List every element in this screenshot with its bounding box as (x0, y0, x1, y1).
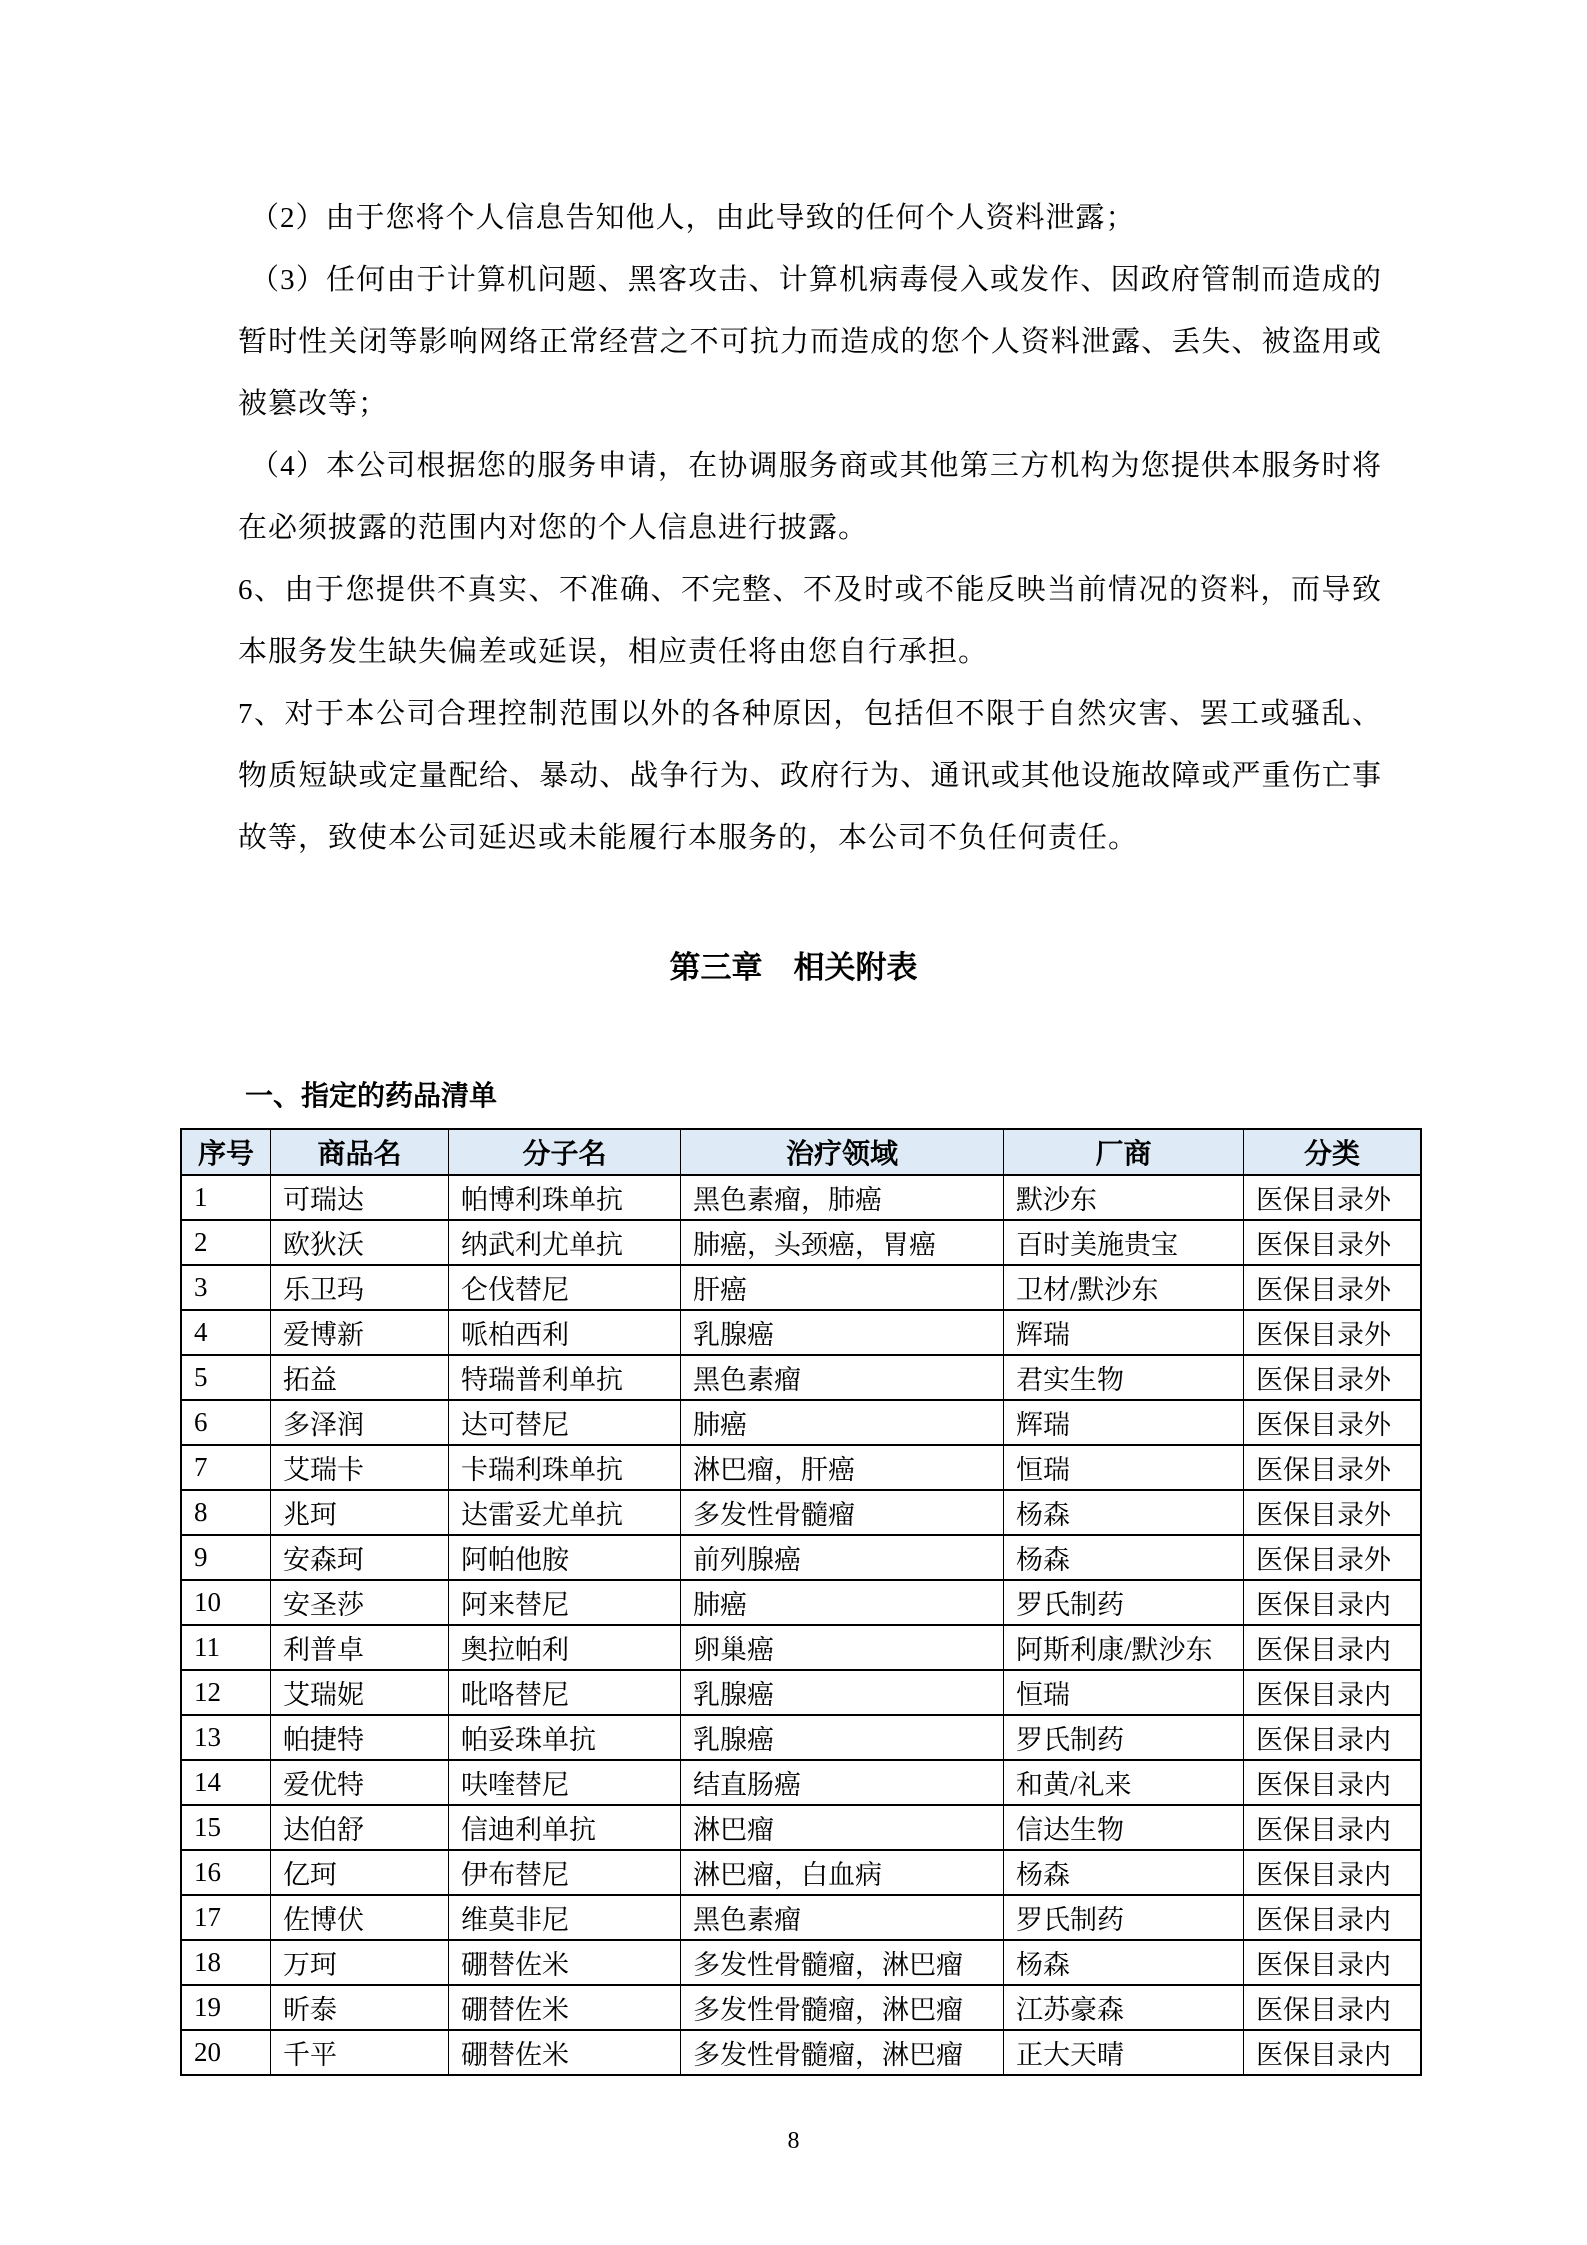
table-row: 15达伯舒信迪利单抗淋巴瘤信达生物医保目录内 (181, 1805, 1421, 1850)
manufacturer: 正大天晴 (1004, 2030, 1244, 2075)
treatment-area: 多发性骨髓瘤 (681, 1490, 1004, 1535)
drug-table-body: 1可瑞达帕博利珠单抗黑色素瘤，肺癌默沙东医保目录外2欧狄沃纳武利尤单抗肺癌，头颈… (181, 1175, 1421, 2075)
category: 医保目录内 (1244, 1805, 1422, 1850)
category: 医保目录外 (1244, 1535, 1422, 1580)
manufacturer: 阿斯利康/默沙东 (1004, 1625, 1244, 1670)
molecule-name: 硼替佐米 (449, 1940, 681, 1985)
product-name: 爱博新 (271, 1310, 449, 1355)
drug-table-head: 序号商品名分子名治疗领域厂商分类 (181, 1129, 1421, 1175)
column-header: 分子名 (449, 1129, 681, 1175)
manufacturer: 杨森 (1004, 1490, 1244, 1535)
category: 医保目录外 (1244, 1400, 1422, 1445)
molecule-name: 达雷妥尤单抗 (449, 1490, 681, 1535)
manufacturer: 辉瑞 (1004, 1400, 1244, 1445)
table-row: 13帕捷特帕妥珠单抗乳腺癌罗氏制药医保目录内 (181, 1715, 1421, 1760)
paragraph-line: （3）任何由于计算机问题、黑客攻击、计算机病毒侵入或发作、因政府管制而造成的 (238, 249, 1382, 311)
molecule-name: 达可替尼 (449, 1400, 681, 1445)
column-header: 分类 (1244, 1129, 1422, 1175)
column-header: 商品名 (271, 1129, 449, 1175)
molecule-name: 特瑞普利单抗 (449, 1355, 681, 1400)
row-index: 9 (181, 1535, 271, 1580)
manufacturer: 恒瑞 (1004, 1670, 1244, 1715)
treatment-area: 多发性骨髓瘤，淋巴瘤 (681, 1940, 1004, 1985)
row-index: 13 (181, 1715, 271, 1760)
molecule-name: 帕妥珠单抗 (449, 1715, 681, 1760)
table-row: 6多泽润达可替尼肺癌辉瑞医保目录外 (181, 1400, 1421, 1445)
manufacturer: 罗氏制药 (1004, 1580, 1244, 1625)
row-index: 20 (181, 2030, 271, 2075)
table-row: 10安圣莎阿来替尼肺癌罗氏制药医保目录内 (181, 1580, 1421, 1625)
paragraph-line: 被篡改等； (238, 373, 1382, 435)
category: 医保目录内 (1244, 1715, 1422, 1760)
manufacturer: 江苏豪森 (1004, 1985, 1244, 2030)
table-row: 7艾瑞卡卡瑞利珠单抗淋巴瘤，肝癌恒瑞医保目录外 (181, 1445, 1421, 1490)
category: 医保目录内 (1244, 1625, 1422, 1670)
product-name: 艾瑞卡 (271, 1445, 449, 1490)
treatment-area: 肺癌，头颈癌，胃癌 (681, 1220, 1004, 1265)
document-page: （2）由于您将个人信息告知他人，由此导致的任何个人资料泄露；（3）任何由于计算机… (0, 0, 1587, 2245)
table-row: 1可瑞达帕博利珠单抗黑色素瘤，肺癌默沙东医保目录外 (181, 1175, 1421, 1220)
table-row: 18万珂硼替佐米多发性骨髓瘤，淋巴瘤杨森医保目录内 (181, 1940, 1421, 1985)
treatment-area: 结直肠癌 (681, 1760, 1004, 1805)
manufacturer: 君实生物 (1004, 1355, 1244, 1400)
treatment-area: 肝癌 (681, 1265, 1004, 1310)
manufacturer: 罗氏制药 (1004, 1895, 1244, 1940)
manufacturer: 杨森 (1004, 1940, 1244, 1985)
treatment-area: 黑色素瘤，肺癌 (681, 1175, 1004, 1220)
product-name: 可瑞达 (271, 1175, 449, 1220)
row-index: 18 (181, 1940, 271, 1985)
product-name: 安森珂 (271, 1535, 449, 1580)
row-index: 16 (181, 1850, 271, 1895)
category: 医保目录外 (1244, 1490, 1422, 1535)
table-row: 8兆珂达雷妥尤单抗多发性骨髓瘤杨森医保目录外 (181, 1490, 1421, 1535)
paragraph-line: 暂时性关闭等影响网络正常经营之不可抗力而造成的您个人资料泄露、丢失、被盗用或 (238, 311, 1382, 373)
paragraph-line: 6、由于您提供不真实、不准确、不完整、不及时或不能反映当前情况的资料，而导致 (238, 559, 1382, 621)
molecule-name: 阿来替尼 (449, 1580, 681, 1625)
treatment-area: 淋巴瘤 (681, 1805, 1004, 1850)
manufacturer: 默沙东 (1004, 1175, 1244, 1220)
manufacturer: 辉瑞 (1004, 1310, 1244, 1355)
product-name: 佐博伏 (271, 1895, 449, 1940)
product-name: 拓益 (271, 1355, 449, 1400)
category: 医保目录内 (1244, 1580, 1422, 1625)
row-index: 7 (181, 1445, 271, 1490)
treatment-area: 肺癌 (681, 1400, 1004, 1445)
table-row: 11利普卓奥拉帕利卵巢癌阿斯利康/默沙东医保目录内 (181, 1625, 1421, 1670)
section-title: 一、指定的药品清单 (245, 1066, 1587, 1128)
terms-paragraphs: （2）由于您将个人信息告知他人，由此导致的任何个人资料泄露；（3）任何由于计算机… (238, 187, 1382, 869)
treatment-area: 乳腺癌 (681, 1310, 1004, 1355)
treatment-area: 黑色素瘤 (681, 1895, 1004, 1940)
manufacturer: 信达生物 (1004, 1805, 1244, 1850)
category: 医保目录内 (1244, 1895, 1422, 1940)
manufacturer: 百时美施贵宝 (1004, 1220, 1244, 1265)
row-index: 6 (181, 1400, 271, 1445)
category: 医保目录内 (1244, 1940, 1422, 1985)
drug-list-table: 序号商品名分子名治疗领域厂商分类 1可瑞达帕博利珠单抗黑色素瘤，肺癌默沙东医保目… (180, 1128, 1422, 2076)
row-index: 14 (181, 1760, 271, 1805)
molecule-name: 卡瑞利珠单抗 (449, 1445, 681, 1490)
table-row: 5拓益特瑞普利单抗黑色素瘤君实生物医保目录外 (181, 1355, 1421, 1400)
manufacturer: 罗氏制药 (1004, 1715, 1244, 1760)
treatment-area: 淋巴瘤，肝癌 (681, 1445, 1004, 1490)
molecule-name: 呋喹替尼 (449, 1760, 681, 1805)
column-header: 序号 (181, 1129, 271, 1175)
category: 医保目录内 (1244, 2030, 1422, 2075)
treatment-area: 卵巢癌 (681, 1625, 1004, 1670)
treatment-area: 肺癌 (681, 1580, 1004, 1625)
molecule-name: 奥拉帕利 (449, 1625, 681, 1670)
row-index: 15 (181, 1805, 271, 1850)
treatment-area: 淋巴瘤，白血病 (681, 1850, 1004, 1895)
row-index: 8 (181, 1490, 271, 1535)
product-name: 多泽润 (271, 1400, 449, 1445)
treatment-area: 前列腺癌 (681, 1535, 1004, 1580)
treatment-area: 多发性骨髓瘤，淋巴瘤 (681, 1985, 1004, 2030)
product-name: 亿珂 (271, 1850, 449, 1895)
row-index: 2 (181, 1220, 271, 1265)
page-number: 8 (0, 2124, 1587, 2158)
product-name: 万珂 (271, 1940, 449, 1985)
row-index: 19 (181, 1985, 271, 2030)
treatment-area: 乳腺癌 (681, 1670, 1004, 1715)
molecule-name: 哌柏西利 (449, 1310, 681, 1355)
category: 医保目录外 (1244, 1220, 1422, 1265)
table-row: 4爱博新哌柏西利乳腺癌辉瑞医保目录外 (181, 1310, 1421, 1355)
molecule-name: 仑伐替尼 (449, 1265, 681, 1310)
product-name: 帕捷特 (271, 1715, 449, 1760)
category: 医保目录内 (1244, 1760, 1422, 1805)
treatment-area: 黑色素瘤 (681, 1355, 1004, 1400)
category: 医保目录外 (1244, 1175, 1422, 1220)
product-name: 昕泰 (271, 1985, 449, 2030)
paragraph-line: 在必须披露的范围内对您的个人信息进行披露。 (238, 497, 1382, 559)
column-header: 厂商 (1004, 1129, 1244, 1175)
manufacturer: 卫材/默沙东 (1004, 1265, 1244, 1310)
header-row: 序号商品名分子名治疗领域厂商分类 (181, 1129, 1421, 1175)
product-name: 安圣莎 (271, 1580, 449, 1625)
table-row: 12艾瑞妮吡咯替尼乳腺癌恒瑞医保目录内 (181, 1670, 1421, 1715)
molecule-name: 硼替佐米 (449, 1985, 681, 2030)
product-name: 达伯舒 (271, 1805, 449, 1850)
row-index: 12 (181, 1670, 271, 1715)
row-index: 11 (181, 1625, 271, 1670)
category: 医保目录内 (1244, 1670, 1422, 1715)
paragraph-line: 物质短缺或定量配给、暴动、战争行为、政府行为、通讯或其他设施故障或严重伤亡事 (238, 745, 1382, 807)
molecule-name: 纳武利尤单抗 (449, 1220, 681, 1265)
category: 医保目录外 (1244, 1355, 1422, 1400)
row-index: 1 (181, 1175, 271, 1220)
table-row: 19昕泰硼替佐米多发性骨髓瘤，淋巴瘤江苏豪森医保目录内 (181, 1985, 1421, 2030)
molecule-name: 维莫非尼 (449, 1895, 681, 1940)
row-index: 5 (181, 1355, 271, 1400)
product-name: 爱优特 (271, 1760, 449, 1805)
manufacturer: 杨森 (1004, 1535, 1244, 1580)
molecule-name: 阿帕他胺 (449, 1535, 681, 1580)
paragraph-line: （2）由于您将个人信息告知他人，由此导致的任何个人资料泄露； (238, 187, 1382, 249)
row-index: 10 (181, 1580, 271, 1625)
manufacturer: 和黄/礼来 (1004, 1760, 1244, 1805)
table-row: 9安森珂阿帕他胺前列腺癌杨森医保目录外 (181, 1535, 1421, 1580)
product-name: 利普卓 (271, 1625, 449, 1670)
treatment-area: 多发性骨髓瘤，淋巴瘤 (681, 2030, 1004, 2075)
molecule-name: 吡咯替尼 (449, 1670, 681, 1715)
product-name: 欧狄沃 (271, 1220, 449, 1265)
product-name: 兆珂 (271, 1490, 449, 1535)
paragraph-line: 故等，致使本公司延迟或未能履行本服务的，本公司不负任何责任。 (238, 807, 1382, 869)
category: 医保目录内 (1244, 1985, 1422, 2030)
table-row: 20千平硼替佐米多发性骨髓瘤，淋巴瘤正大天晴医保目录内 (181, 2030, 1421, 2075)
chapter-heading: 第三章 相关附表 (0, 937, 1587, 999)
table-row: 17佐博伏维莫非尼黑色素瘤罗氏制药医保目录内 (181, 1895, 1421, 1940)
product-name: 乐卫玛 (271, 1265, 449, 1310)
product-name: 千平 (271, 2030, 449, 2075)
category: 医保目录外 (1244, 1310, 1422, 1355)
table-row: 14爱优特呋喹替尼结直肠癌和黄/礼来医保目录内 (181, 1760, 1421, 1805)
molecule-name: 信迪利单抗 (449, 1805, 681, 1850)
column-header: 治疗领域 (681, 1129, 1004, 1175)
product-name: 艾瑞妮 (271, 1670, 449, 1715)
table-row: 3乐卫玛仑伐替尼肝癌卫材/默沙东医保目录外 (181, 1265, 1421, 1310)
paragraph-line: （4）本公司根据您的服务申请，在协调服务商或其他第三方机构为您提供本服务时将 (238, 435, 1382, 497)
molecule-name: 伊布替尼 (449, 1850, 681, 1895)
table-row: 16亿珂伊布替尼淋巴瘤，白血病杨森医保目录内 (181, 1850, 1421, 1895)
row-index: 3 (181, 1265, 271, 1310)
paragraph-line: 本服务发生缺失偏差或延误，相应责任将由您自行承担。 (238, 621, 1382, 683)
manufacturer: 恒瑞 (1004, 1445, 1244, 1490)
paragraph-line: 7、对于本公司合理控制范围以外的各种原因，包括但不限于自然灾害、罢工或骚乱、 (238, 683, 1382, 745)
table-row: 2欧狄沃纳武利尤单抗肺癌，头颈癌，胃癌百时美施贵宝医保目录外 (181, 1220, 1421, 1265)
row-index: 17 (181, 1895, 271, 1940)
category: 医保目录外 (1244, 1445, 1422, 1490)
molecule-name: 硼替佐米 (449, 2030, 681, 2075)
manufacturer: 杨森 (1004, 1850, 1244, 1895)
row-index: 4 (181, 1310, 271, 1355)
category: 医保目录外 (1244, 1265, 1422, 1310)
category: 医保目录内 (1244, 1850, 1422, 1895)
molecule-name: 帕博利珠单抗 (449, 1175, 681, 1220)
treatment-area: 乳腺癌 (681, 1715, 1004, 1760)
